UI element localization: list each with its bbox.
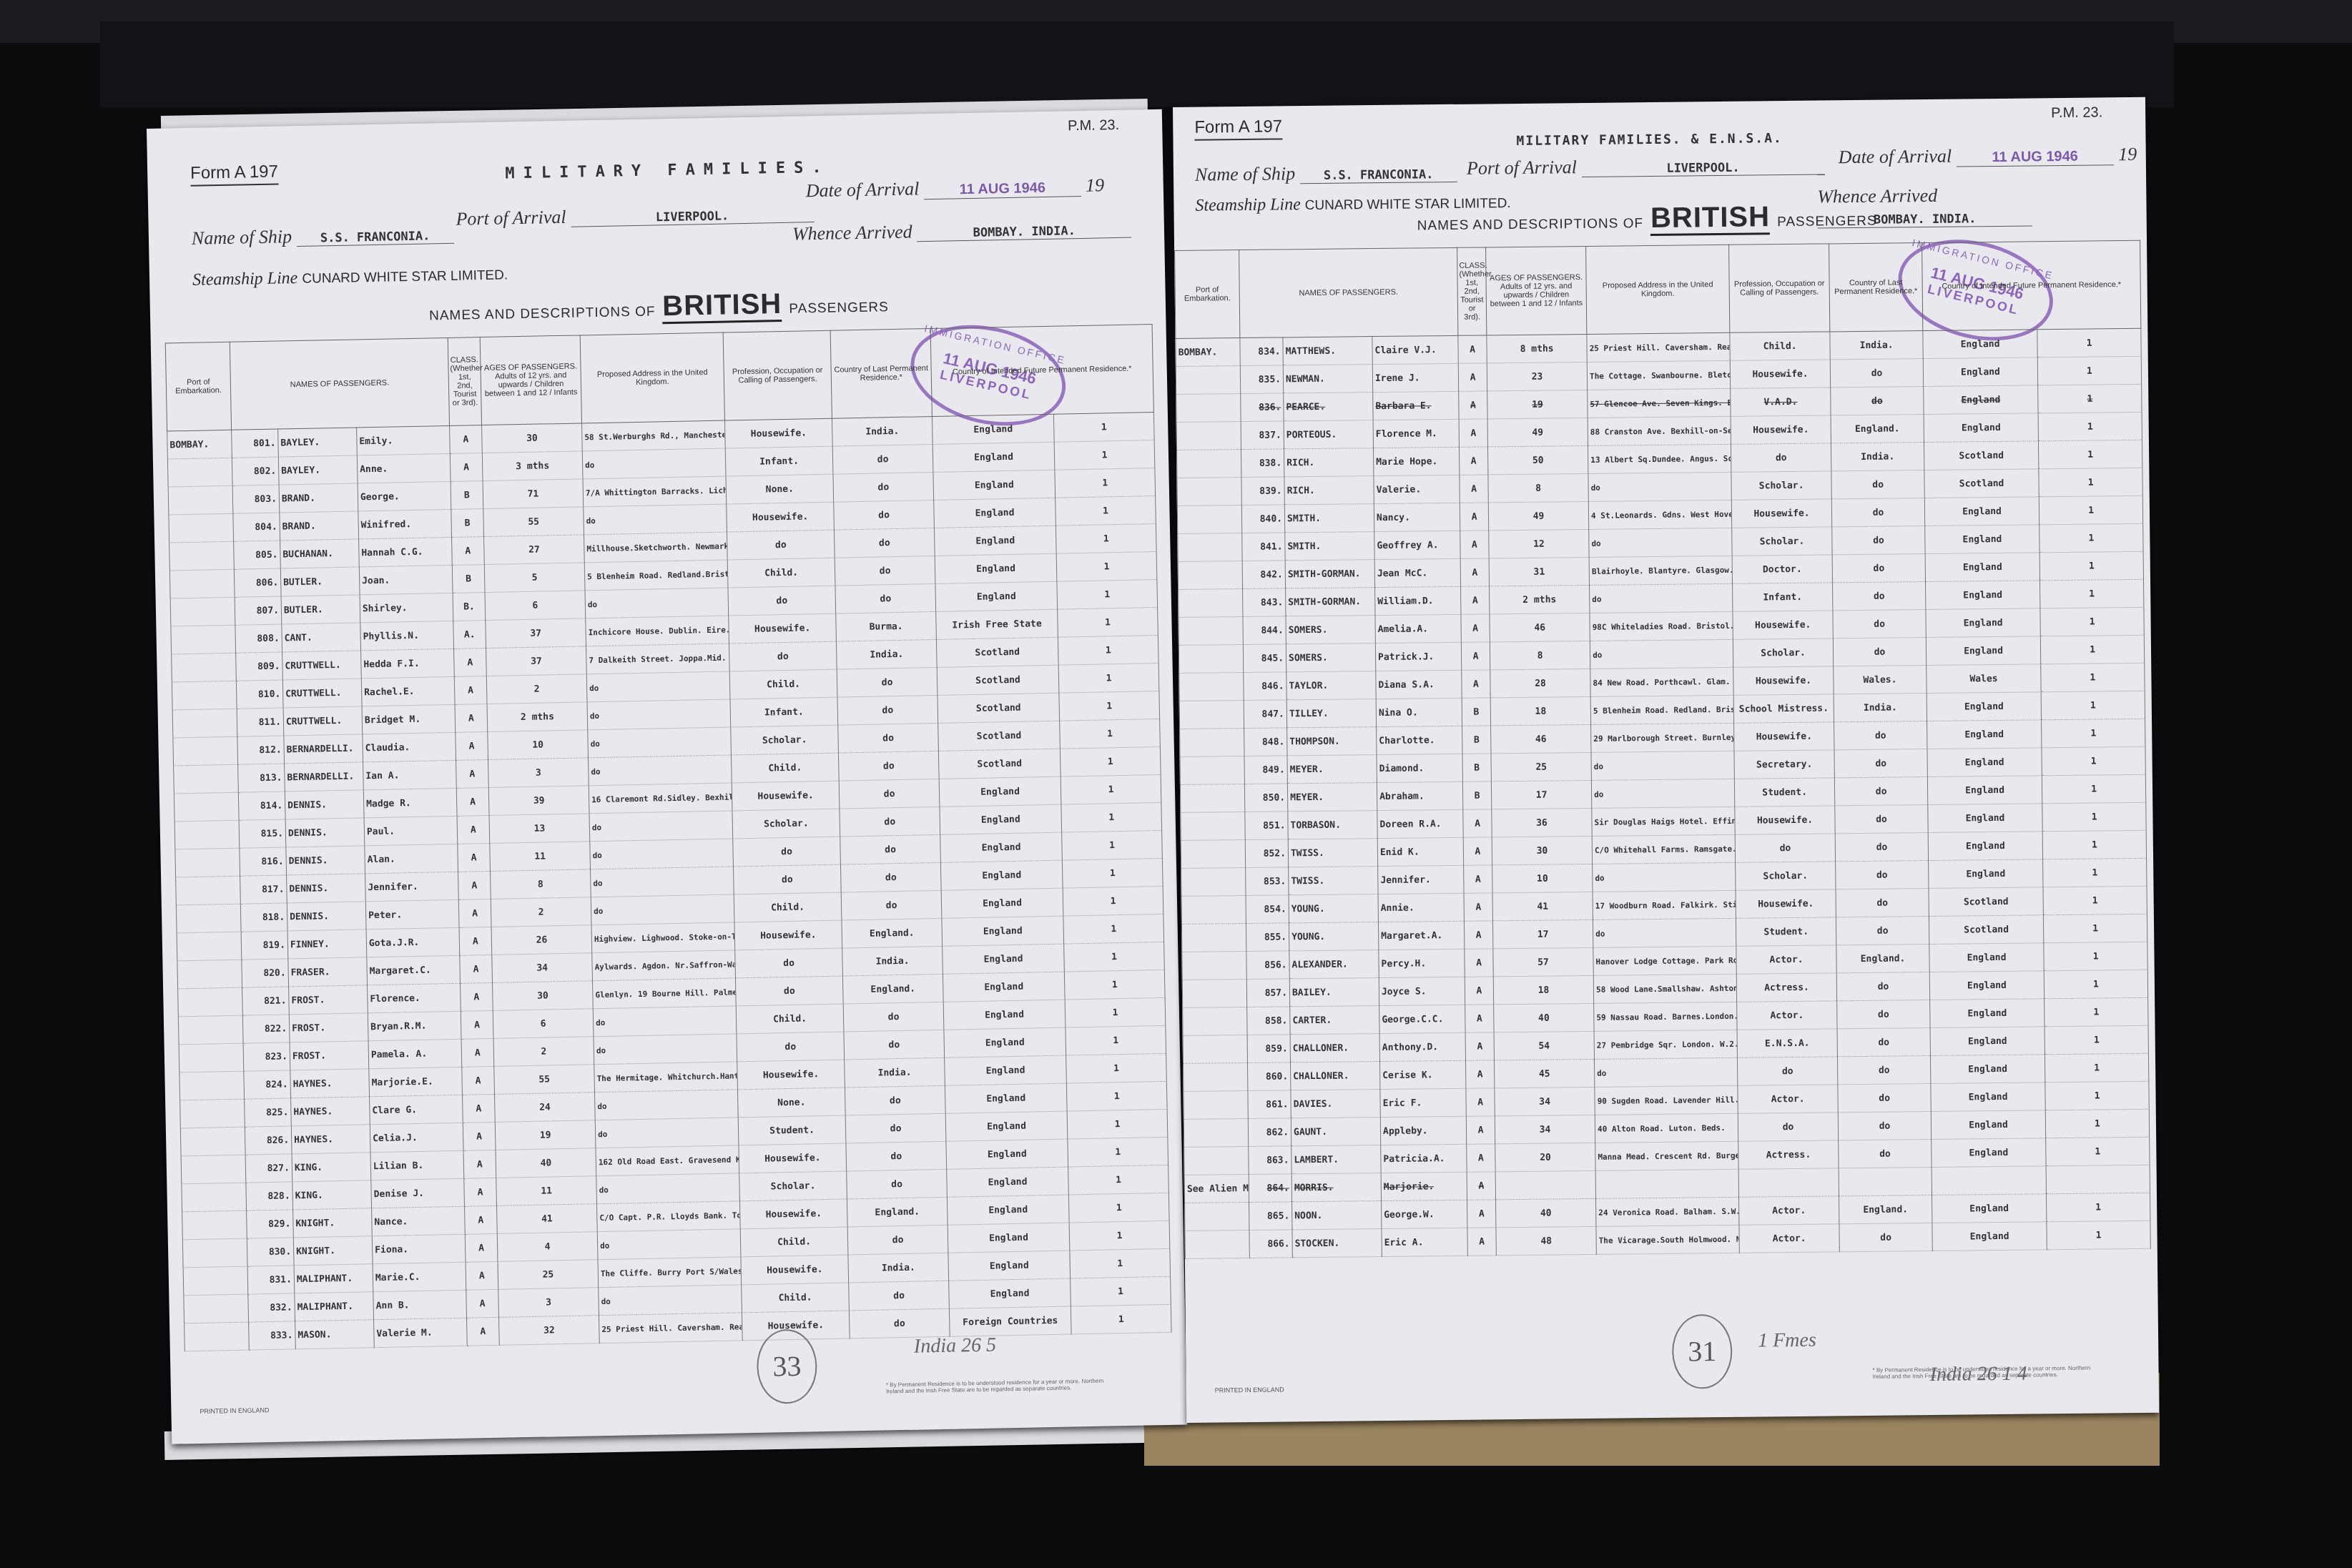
- port-embarkation: [170, 597, 235, 626]
- occupation: do: [1735, 834, 1835, 862]
- class: A: [465, 1233, 498, 1262]
- address: 17 Woodburn Road. Falkirk. Stirling.: [1593, 890, 1736, 919]
- class: A: [456, 787, 489, 816]
- count: 1: [1060, 719, 1161, 749]
- class: A: [1464, 865, 1492, 893]
- passenger-number: 857.: [1246, 979, 1289, 1007]
- occupation: Actor.: [1738, 1085, 1838, 1113]
- age: 23: [1487, 362, 1587, 390]
- address: 25 Priest Hill. Caversham. Reading.: [1587, 332, 1730, 362]
- given-names: Geoffrey A.: [1374, 531, 1460, 559]
- address: Hanover Lodge Cottage. Park Road. N.W.8.: [1593, 946, 1736, 975]
- given-names: Amelia.A.: [1375, 614, 1461, 643]
- class: A: [1460, 558, 1489, 586]
- port-embarkation: [171, 625, 236, 654]
- last-residence: do: [1836, 916, 1929, 945]
- passenger-number: 810.: [236, 680, 283, 709]
- form-code: P.M. 23.: [2051, 104, 2102, 122]
- future-residence: England: [940, 832, 1063, 862]
- port-embarkation: See Alien Manifest.: [1184, 1174, 1249, 1203]
- address: 16 Claremont Rd.Sidley. Bexhill-on-Sea.: [589, 783, 732, 814]
- class: A: [466, 1261, 498, 1290]
- occupation: Housewife.: [741, 1255, 849, 1285]
- given-names: Jean McC.: [1374, 558, 1460, 587]
- count: 1: [2044, 942, 2147, 971]
- surname: BAYLEY.: [278, 428, 358, 457]
- passenger-number: 848.: [1244, 728, 1287, 756]
- given-names: Doreen R.A.: [1377, 809, 1463, 838]
- given-names: Margaret.A.: [1378, 921, 1464, 950]
- address: 58 St.Werburghs Rd., Manchester. 21.: [582, 420, 726, 451]
- port-embarkation: [169, 569, 235, 598]
- class: A: [1461, 586, 1490, 614]
- passenger-number: 818.: [240, 903, 287, 932]
- future-residence: England: [1926, 608, 2040, 638]
- count: 1: [1055, 468, 1156, 498]
- surname: DENNIS.: [285, 818, 365, 847]
- occupation: Child.: [727, 558, 835, 588]
- class: A: [1461, 642, 1490, 670]
- age: 41: [497, 1204, 598, 1234]
- given-names: Alan.: [365, 844, 458, 873]
- address: do: [1593, 918, 1736, 947]
- last-residence: Burma.: [836, 611, 937, 641]
- address: 24 Veronica Road. Balham. S.W.17.: [1596, 1197, 1739, 1226]
- future-residence: Scotland: [937, 665, 1059, 695]
- age: 19: [495, 1120, 596, 1150]
- count: 1: [1064, 942, 1165, 972]
- occupation: Child.: [740, 1227, 848, 1257]
- address: C/O Capt. P.R. Lloyds Bank. Torrington. …: [597, 1201, 741, 1232]
- count: 1: [2044, 970, 2147, 999]
- class: A: [459, 927, 492, 955]
- passenger-number: 866.: [1249, 1230, 1292, 1258]
- port-embarkation: [1184, 1090, 1248, 1119]
- count: 1: [1071, 1276, 1171, 1306]
- future-residence: England: [933, 470, 1056, 500]
- surname: CRUTTWELL.: [282, 651, 362, 680]
- address: do: [599, 1285, 742, 1316]
- surname: GAUNT.: [1291, 1118, 1380, 1146]
- given-names: Margaret.C.: [367, 955, 461, 985]
- surname: BRAND.: [279, 483, 358, 513]
- given-names: Annie.: [1378, 893, 1464, 922]
- port-embarkation: [1182, 951, 1246, 980]
- class: A: [1466, 1116, 1495, 1144]
- future-residence: England: [1929, 971, 2044, 1000]
- occupation: None.: [726, 474, 834, 504]
- address: do: [1590, 639, 1733, 669]
- surname: HAYNES.: [291, 1097, 370, 1126]
- surname: DENNIS.: [287, 902, 366, 931]
- age: 8: [1490, 641, 1590, 669]
- count: 1: [1069, 1221, 1170, 1251]
- passenger-number: 825.: [245, 1098, 292, 1127]
- occupation: Housewife.: [1735, 806, 1835, 834]
- last-residence: do: [841, 890, 942, 920]
- given-names: Anthony.D.: [1379, 1032, 1465, 1061]
- passenger-number: 815.: [239, 819, 286, 848]
- class: A: [1463, 809, 1492, 837]
- last-residence: do: [1833, 582, 1926, 611]
- address: do: [595, 1090, 739, 1120]
- given-names: Irene J.: [1372, 363, 1458, 392]
- occupation: Actress.: [1738, 1140, 1839, 1169]
- given-names: Hannah C.G.: [359, 537, 453, 566]
- count: 1: [1066, 1081, 1167, 1111]
- last-residence: England.: [842, 918, 943, 948]
- passenger-number: 819.: [241, 931, 288, 960]
- address: do: [589, 811, 733, 842]
- count: 1: [1064, 970, 1165, 1000]
- count: 1: [1066, 1053, 1167, 1083]
- given-names: Cerise K.: [1379, 1060, 1465, 1089]
- given-names: Eric F.: [1380, 1088, 1466, 1117]
- passenger-number: 840.: [1241, 505, 1284, 533]
- class: A.: [453, 621, 486, 649]
- age: 25: [498, 1260, 599, 1290]
- surname: MORRIS.: [1291, 1173, 1381, 1202]
- given-names: Emily.: [357, 425, 451, 455]
- port-embarkation: [1185, 1230, 1249, 1258]
- port-embarkation: [1183, 1007, 1247, 1035]
- surname: PORTEOUS.: [1284, 420, 1373, 449]
- port-embarkation: [1178, 561, 1242, 590]
- last-residence: India.: [832, 416, 933, 446]
- surname: KING.: [292, 1153, 371, 1182]
- class: A: [463, 1150, 496, 1178]
- surname: CHALLONER.: [1290, 1034, 1379, 1062]
- address: do: [591, 867, 734, 897]
- surname: BERNARDELLI.: [285, 762, 364, 792]
- surname: SOMERS.: [1286, 644, 1375, 672]
- pencil-annotation: India 26 5: [914, 1334, 997, 1359]
- port-embarkation: [184, 1294, 249, 1323]
- list-heading: NAMES AND DESCRIPTIONS OFBRITISHPASSENGE…: [1417, 200, 1876, 237]
- field-port-arrival: Port of Arrival LIVERPOOL.: [1467, 154, 1825, 179]
- passenger-number: 830.: [247, 1238, 294, 1266]
- occupation: Actor.: [1739, 1224, 1839, 1253]
- occupation: Housewife.: [1730, 360, 1830, 388]
- future-residence: England: [935, 581, 1058, 611]
- given-names: Pamela. A.: [368, 1039, 462, 1068]
- address: 7 Dalkeith Street. Joppa.Mid. Scot.: [586, 644, 730, 674]
- age: 18: [1490, 696, 1590, 725]
- future-residence: Scotland: [936, 637, 1058, 667]
- surname: SMITH-GORMAN.: [1286, 588, 1375, 616]
- age: 2: [493, 1037, 594, 1067]
- port-embarkation: [1181, 812, 1245, 840]
- occupation: Scholar.: [1733, 638, 1833, 667]
- given-names: Florence.: [368, 983, 461, 1012]
- port-embarkation: [1183, 1035, 1247, 1063]
- age: 55: [494, 1065, 595, 1095]
- port-embarkation: [1185, 1202, 1249, 1231]
- count: 1: [1061, 774, 1161, 804]
- class: A: [461, 1010, 493, 1039]
- last-residence: do: [1836, 972, 1929, 1000]
- age: 55: [483, 507, 584, 537]
- passenger-number: 844.: [1243, 616, 1286, 645]
- address: do: [590, 839, 734, 869]
- surname: CARTER.: [1290, 1006, 1379, 1035]
- occupation: do: [737, 1032, 845, 1062]
- count: 1: [2039, 468, 2142, 497]
- address: do: [597, 1229, 741, 1260]
- surname: SOMERS.: [1286, 616, 1375, 644]
- col-ages: AGES OF PASSENGERS. Adults of 12 yrs. an…: [480, 335, 581, 425]
- class: A: [1458, 363, 1487, 391]
- count: 1: [1058, 635, 1158, 665]
- address: do: [588, 727, 732, 758]
- future-residence: England: [945, 1055, 1067, 1085]
- occupation: Infant.: [725, 446, 833, 476]
- address: 57 Glencoe Ave. Seven Kings. Essex.: [1588, 388, 1731, 418]
- address: 7/A Whittington Barracks. Lichfield.Staf…: [583, 476, 727, 507]
- future-residence: England: [1930, 999, 2045, 1028]
- future-residence: England: [1925, 553, 2039, 582]
- passenger-number: 802.: [232, 457, 279, 485]
- last-residence: England.: [1836, 944, 1929, 972]
- class: A: [1459, 419, 1487, 447]
- address: 90 Sugden Road. Lavender Hill.S.W.11.: [1595, 1085, 1738, 1115]
- address: do: [594, 1034, 737, 1065]
- future-residence: England: [1923, 358, 2037, 387]
- printed-in-england: PRINTED IN ENGLAND: [200, 1406, 269, 1415]
- class: A: [450, 425, 483, 454]
- passenger-number: 813.: [238, 764, 285, 792]
- class: A: [456, 759, 489, 788]
- occupation: Housewife.: [1731, 499, 1831, 528]
- address: The Cottage. Swanbourne. Bletchley. Buck…: [1587, 360, 1730, 390]
- passenger-number: 859.: [1247, 1035, 1290, 1063]
- age: 45: [1495, 1059, 1595, 1088]
- surname: BUTLER.: [281, 595, 360, 624]
- field-ship: Name of Ship S.S. FRANCONIA.: [1195, 162, 1457, 186]
- given-names: Enid K.: [1377, 837, 1463, 866]
- given-names: Marie Hope.: [1374, 447, 1460, 475]
- surname: RICH.: [1284, 448, 1374, 477]
- address: 29 Marlborough Street. Burnley.: [1591, 723, 1734, 752]
- class: B: [1462, 754, 1491, 781]
- occupation: Doctor.: [1732, 555, 1832, 583]
- address: do: [589, 755, 732, 786]
- last-residence: do: [1831, 498, 1924, 527]
- address: The Hermitage. Whitchurch.Hants.: [594, 1062, 738, 1093]
- occupation: do: [735, 948, 843, 978]
- count: 1: [2041, 663, 2145, 692]
- surname: MASON.: [295, 1320, 375, 1349]
- age: 37: [486, 618, 586, 649]
- given-names: Celia.J.: [370, 1123, 463, 1152]
- future-residence: Scotland: [1929, 887, 2043, 917]
- occupation: Actor.: [1737, 1001, 1837, 1030]
- age: 46: [1491, 724, 1591, 753]
- occupation: do: [727, 530, 835, 560]
- port-embarkation: [1179, 701, 1244, 729]
- ship-name: S.S. FRANCONIA.: [1300, 167, 1457, 184]
- passenger-number: 820.: [242, 959, 289, 987]
- count: 1: [2047, 1193, 2150, 1222]
- passenger-number: 855.: [1246, 923, 1289, 952]
- occupation: Housewife.: [739, 1199, 847, 1229]
- future-residence: England: [948, 1251, 1071, 1281]
- age: 50: [1488, 445, 1588, 474]
- age: 2 mths: [1490, 585, 1590, 613]
- address: 25 Priest Hill. Caversham. Reading.: [599, 1313, 743, 1343]
- given-names: Barbara E.: [1373, 391, 1459, 420]
- col-class: CLASS. (Whether 1st, 2nd, Tourist or 3rd…: [448, 337, 481, 426]
- count: 1: [2037, 356, 2141, 385]
- age: 6: [485, 591, 586, 621]
- last-residence: India.: [836, 639, 937, 669]
- last-residence: India.: [842, 946, 943, 976]
- occupation: Housewife.: [1736, 889, 1836, 918]
- occupation: Scholar.: [739, 1171, 847, 1201]
- count: 1: [2042, 774, 2145, 804]
- future-residence: England: [1927, 748, 2042, 777]
- address: do: [582, 448, 726, 479]
- future-residence: England: [941, 888, 1063, 918]
- count: 1: [1056, 551, 1157, 581]
- future-residence: England: [1923, 330, 2037, 359]
- age: 2 mths: [487, 702, 588, 732]
- passenger-number: 811.: [237, 708, 284, 736]
- surname: KNIGHT.: [293, 1208, 373, 1238]
- last-residence: do: [835, 556, 935, 586]
- future-residence: England: [1930, 1055, 2045, 1084]
- address: 5 Blenheim Road. Redland. Bristol.6.: [1590, 695, 1733, 724]
- age: 40: [496, 1148, 596, 1178]
- count: 1: [2043, 886, 2147, 915]
- count: 1: [2038, 412, 2142, 441]
- address: 88 Cranston Ave. Bexhill-on-Sea. Sussex.: [1588, 416, 1731, 445]
- passenger-number: 829.: [247, 1210, 294, 1238]
- port-embarkation: [172, 709, 237, 738]
- surname: BUCHANAN.: [280, 539, 360, 568]
- age: 57: [1493, 947, 1593, 976]
- age: 30: [482, 423, 583, 453]
- port-embarkation: BOMBAY.: [167, 430, 232, 459]
- port-embarkation: [178, 987, 243, 1017]
- occupation: Child.: [729, 669, 837, 699]
- class: A: [464, 1178, 497, 1206]
- col-last-residence: Country of Last Permanent Residence.*: [830, 329, 932, 419]
- class: B: [1462, 726, 1491, 754]
- given-names: Claire V.J.: [1372, 335, 1458, 364]
- future-residence: England: [1924, 497, 2039, 526]
- class: B: [451, 509, 484, 538]
- future-residence: Scotland: [1924, 469, 2039, 498]
- age: 13: [489, 814, 590, 844]
- count: 1: [1059, 691, 1160, 721]
- surname: HAYNES.: [290, 1069, 370, 1098]
- passenger-number: 824.: [244, 1070, 291, 1099]
- port-embarkation: [175, 848, 240, 877]
- future-residence: Scotland: [1929, 915, 2043, 945]
- port-embarkation: [169, 513, 234, 543]
- address: 13 Albert Sq.Dundee. Angus. Scot.: [1588, 444, 1731, 473]
- passenger-number: 804.: [233, 513, 280, 541]
- given-names: Nancy.: [1374, 503, 1460, 531]
- occupation: None.: [737, 1088, 845, 1118]
- occupation: V.A.D.: [1731, 388, 1831, 416]
- last-residence: India.: [845, 1057, 945, 1088]
- class: A: [465, 1205, 498, 1234]
- last-residence: do: [837, 667, 938, 697]
- age: 10: [488, 730, 589, 760]
- surname: MATTHEWS.: [1283, 337, 1372, 365]
- occupation: Housewife.: [737, 1060, 845, 1090]
- port-embarkation: BOMBAY.: [1176, 338, 1240, 367]
- age: 10: [1492, 864, 1593, 892]
- occupation: Housewife.: [1731, 415, 1831, 444]
- surname: DENNIS.: [286, 846, 365, 875]
- surname: NEWMAN.: [1283, 365, 1372, 393]
- last-residence: do: [1831, 470, 1924, 499]
- last-residence: do: [834, 500, 935, 530]
- passenger-number: 861.: [1248, 1090, 1291, 1119]
- passenger-number: 851.: [1245, 812, 1288, 840]
- count: 1: [2039, 495, 2142, 525]
- class: A: [467, 1317, 500, 1346]
- class: A: [1460, 447, 1488, 475]
- passenger-number: 832.: [248, 1293, 295, 1322]
- col-future-residence: Country of Intended Future Permanent Res…: [930, 325, 1153, 417]
- port-embarkation: [1184, 1146, 1249, 1175]
- future-residence: Wales: [1927, 664, 2041, 694]
- last-residence: do: [849, 1281, 950, 1311]
- col-port-embarkation: Port of Embarkation.: [165, 342, 231, 431]
- count: 1: [1062, 858, 1163, 888]
- last-residence: do: [1835, 832, 1928, 861]
- age: 49: [1487, 418, 1588, 446]
- given-names: Nina O.: [1376, 698, 1462, 726]
- class: A: [1461, 614, 1490, 642]
- last-residence: do: [1839, 1223, 1932, 1251]
- count: 1: [2041, 691, 2145, 720]
- form-number: Form A 197: [190, 162, 278, 186]
- last-residence: do: [1838, 1111, 1931, 1140]
- count: 1: [2046, 1137, 2150, 1166]
- port-embarkation: [1176, 422, 1241, 450]
- given-names: Denise J.: [371, 1178, 465, 1208]
- future-residence: England: [939, 776, 1061, 807]
- surname: SMITH.: [1285, 532, 1374, 561]
- age: 3 mths: [482, 451, 583, 481]
- given-names: Lilian B.: [370, 1150, 464, 1180]
- given-names: Nance.: [372, 1206, 466, 1236]
- future-residence: England: [1930, 1027, 2045, 1056]
- count: 1: [1062, 830, 1163, 860]
- passenger-number: 854.: [1246, 895, 1289, 924]
- port-embarkation: [168, 485, 233, 515]
- last-residence: England.: [1831, 415, 1924, 443]
- address: do: [1588, 472, 1731, 501]
- last-residence: do: [1831, 387, 1924, 415]
- surname: FROST.: [289, 985, 368, 1015]
- age: 3: [488, 758, 589, 788]
- class: A: [458, 843, 491, 872]
- given-names: Peter.: [365, 899, 459, 929]
- address: do: [1593, 862, 1736, 892]
- port-embarkation: [1181, 839, 1245, 868]
- port-embarkation: [1181, 923, 1246, 952]
- address: do: [593, 1006, 737, 1037]
- given-names: Marie.C.: [373, 1262, 466, 1291]
- occupation: Student.: [1736, 917, 1836, 946]
- count: 1: [1061, 802, 1162, 832]
